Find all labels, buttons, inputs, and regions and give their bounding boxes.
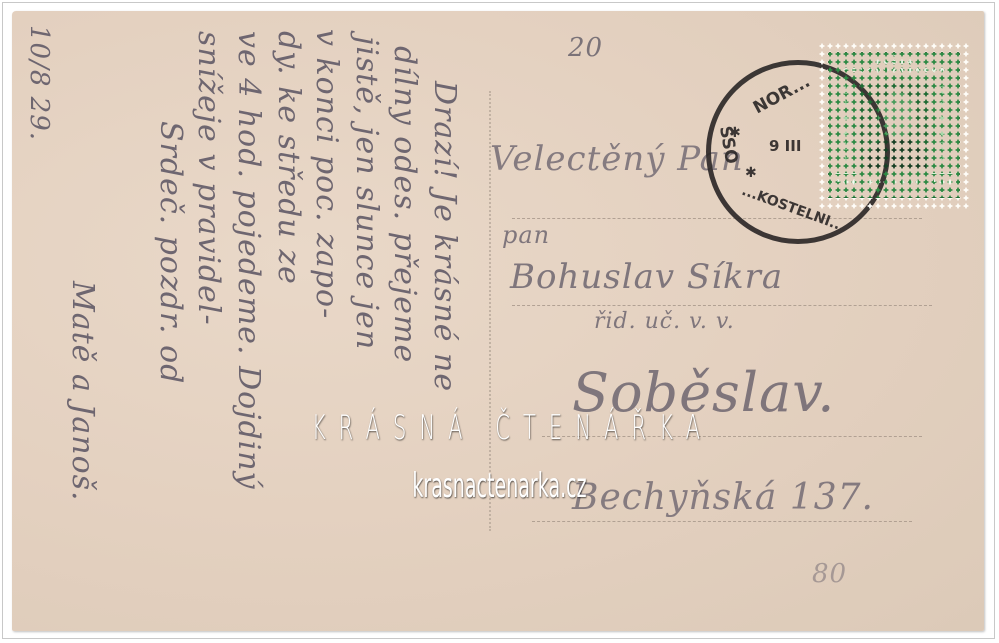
postcard-back: 20 Velectěný Pan pan Bohuslav Síkra řid.… — [12, 11, 984, 631]
message-line-7: snížeje v pravidel- — [191, 31, 226, 326]
stamp-value-right: 50 — [929, 173, 956, 193]
postage-stamp: POŠTA ČESKOSLOVENSKÁ ❦❦❦❦❦❦ ❦❦❦❦❦❦ 50 HA… — [818, 42, 970, 210]
stamp-country-line1: POŠTA — [829, 56, 959, 67]
watermark-url: krasnactenarka.cz — [220, 466, 779, 506]
address-name: Bohuslav Síkra — [510, 257, 783, 297]
message-line-1: Drazí! Je krásné ne — [427, 81, 462, 392]
laurel-right-icon: ❦❦❦❦❦❦ — [935, 83, 951, 169]
address-line-2 — [512, 305, 932, 306]
address-pan: pan — [502, 221, 550, 249]
stamp-denomination: HALÉŘŮ — [868, 178, 919, 189]
laurel-left-icon: ❦❦❦❦❦❦ — [837, 83, 853, 169]
stamp-portrait — [859, 81, 931, 171]
message-line-8: Srdeč. pozdr. od — [153, 121, 188, 384]
address-title: řid. uč. v. v. — [594, 309, 735, 334]
postmark-hour: 9 III — [769, 137, 801, 155]
address-line-4 — [532, 521, 912, 522]
message-line-5: dy. ke středu ze — [271, 31, 306, 285]
message-date: 10/8 29. — [24, 25, 54, 141]
message-line-3: jistě, jen slunce jen — [349, 36, 384, 350]
stamp-country-line2: ČESKOSLOVENSKÁ — [829, 67, 959, 78]
message-line-9: Matě a Janoš. — [65, 281, 100, 502]
address-note: 80 — [812, 559, 847, 589]
postmark-star-icon: ✱ — [729, 125, 741, 141]
postmark-star-icon: ✱ — [745, 165, 757, 181]
message-line-4: v konci poc. zapo- — [309, 29, 344, 319]
postmark-top-text: NOR... — [750, 72, 814, 119]
message-line-2: dílny odes. přejeme — [387, 46, 422, 363]
corner-note: 20 — [568, 33, 603, 63]
stamp-value-left: 50 — [832, 173, 859, 193]
watermark-title: KRÁSNÁ ČTENÁŘKA — [193, 408, 822, 448]
